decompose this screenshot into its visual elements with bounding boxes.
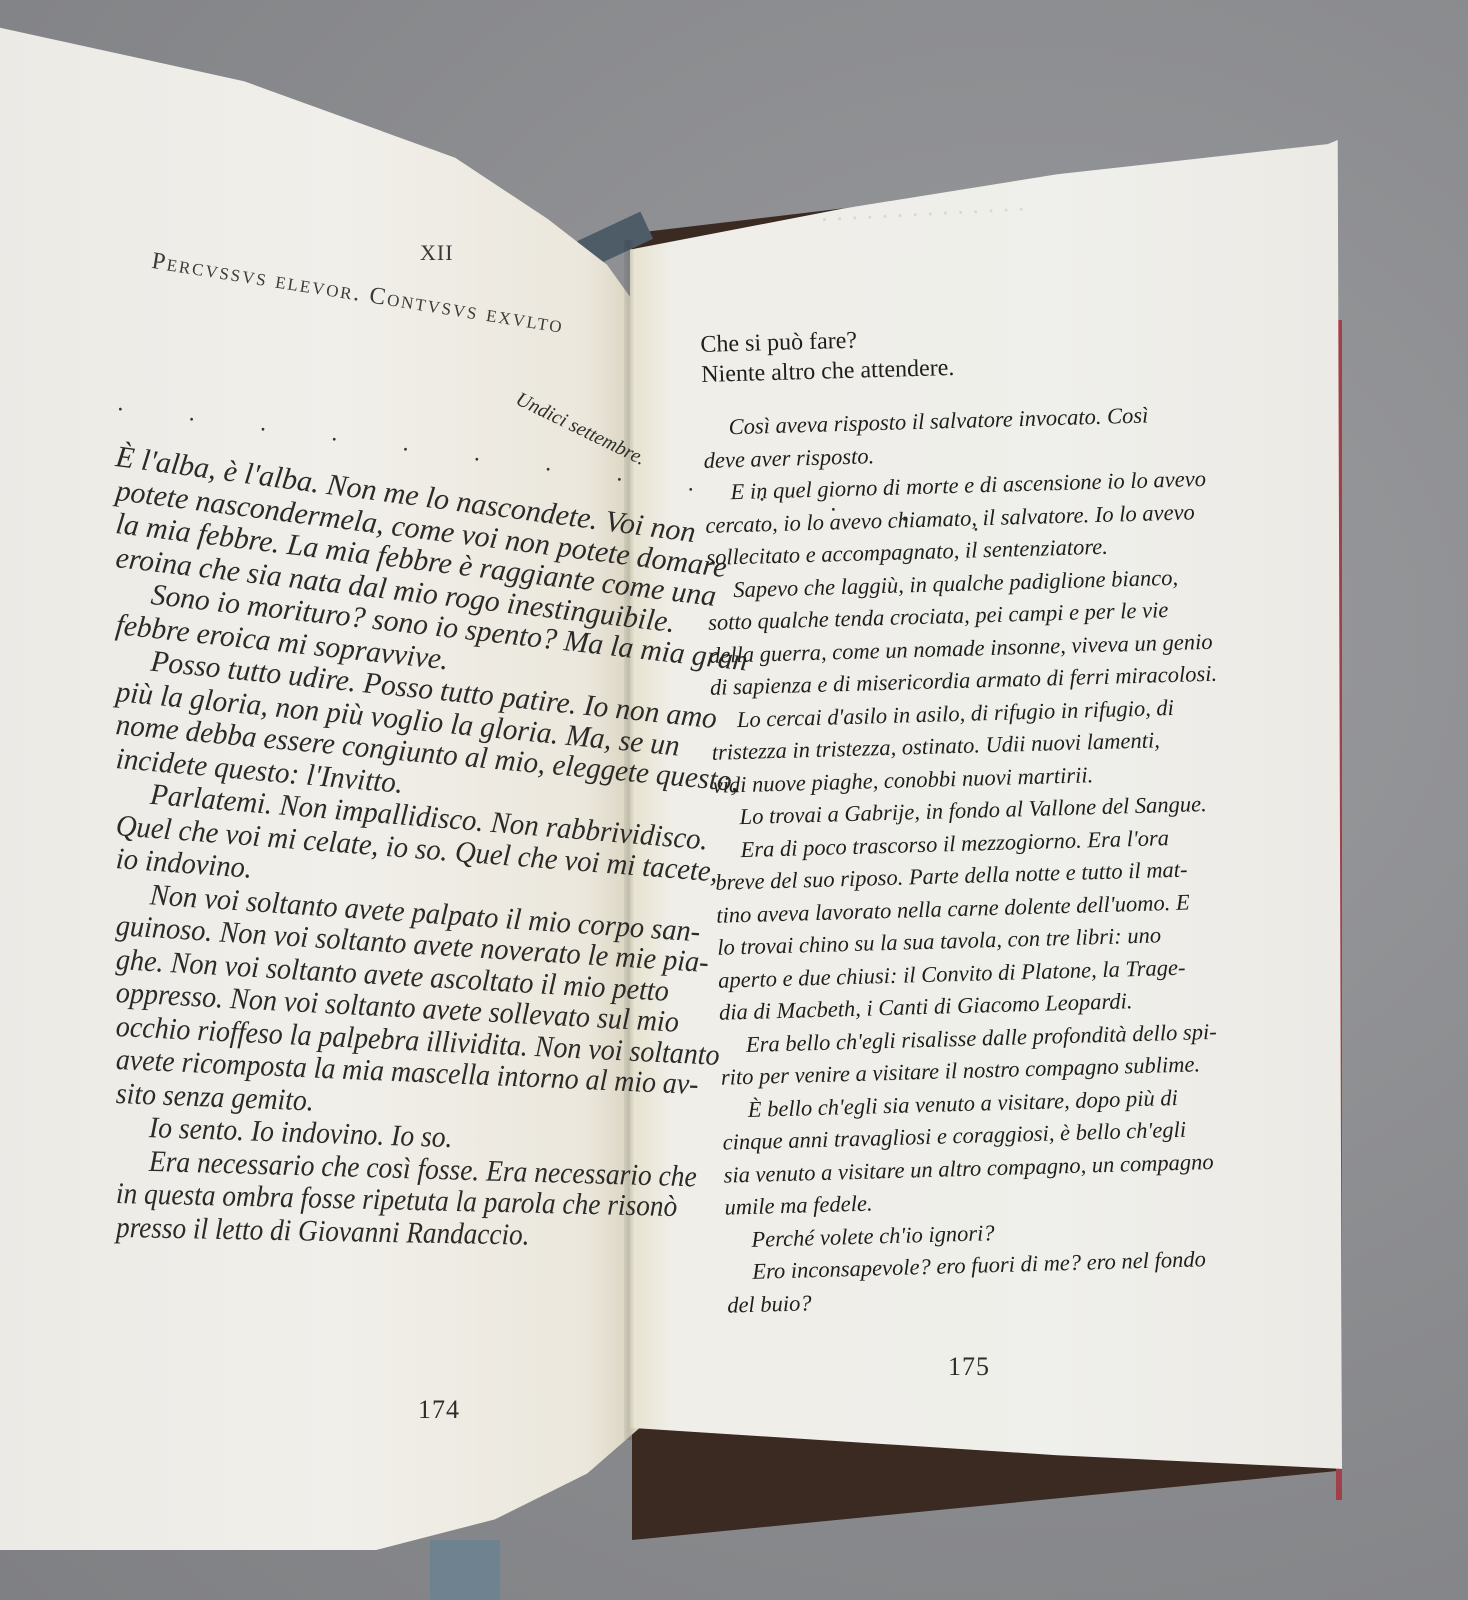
left-page-body: È l'alba, è l'alba. Non me lo nascondete… — [116, 440, 626, 1244]
right-page-body: Così aveva risposto il salvatore invocat… — [702, 396, 1287, 1321]
page-number-left: 174 — [418, 1395, 460, 1425]
chapter-number: XII — [420, 240, 454, 266]
page-number-right: 175 — [948, 1352, 990, 1382]
spine-tailband — [430, 1540, 500, 1600]
right-page-content: Che si può fare? Niente altro che attend… — [700, 314, 1287, 1321]
